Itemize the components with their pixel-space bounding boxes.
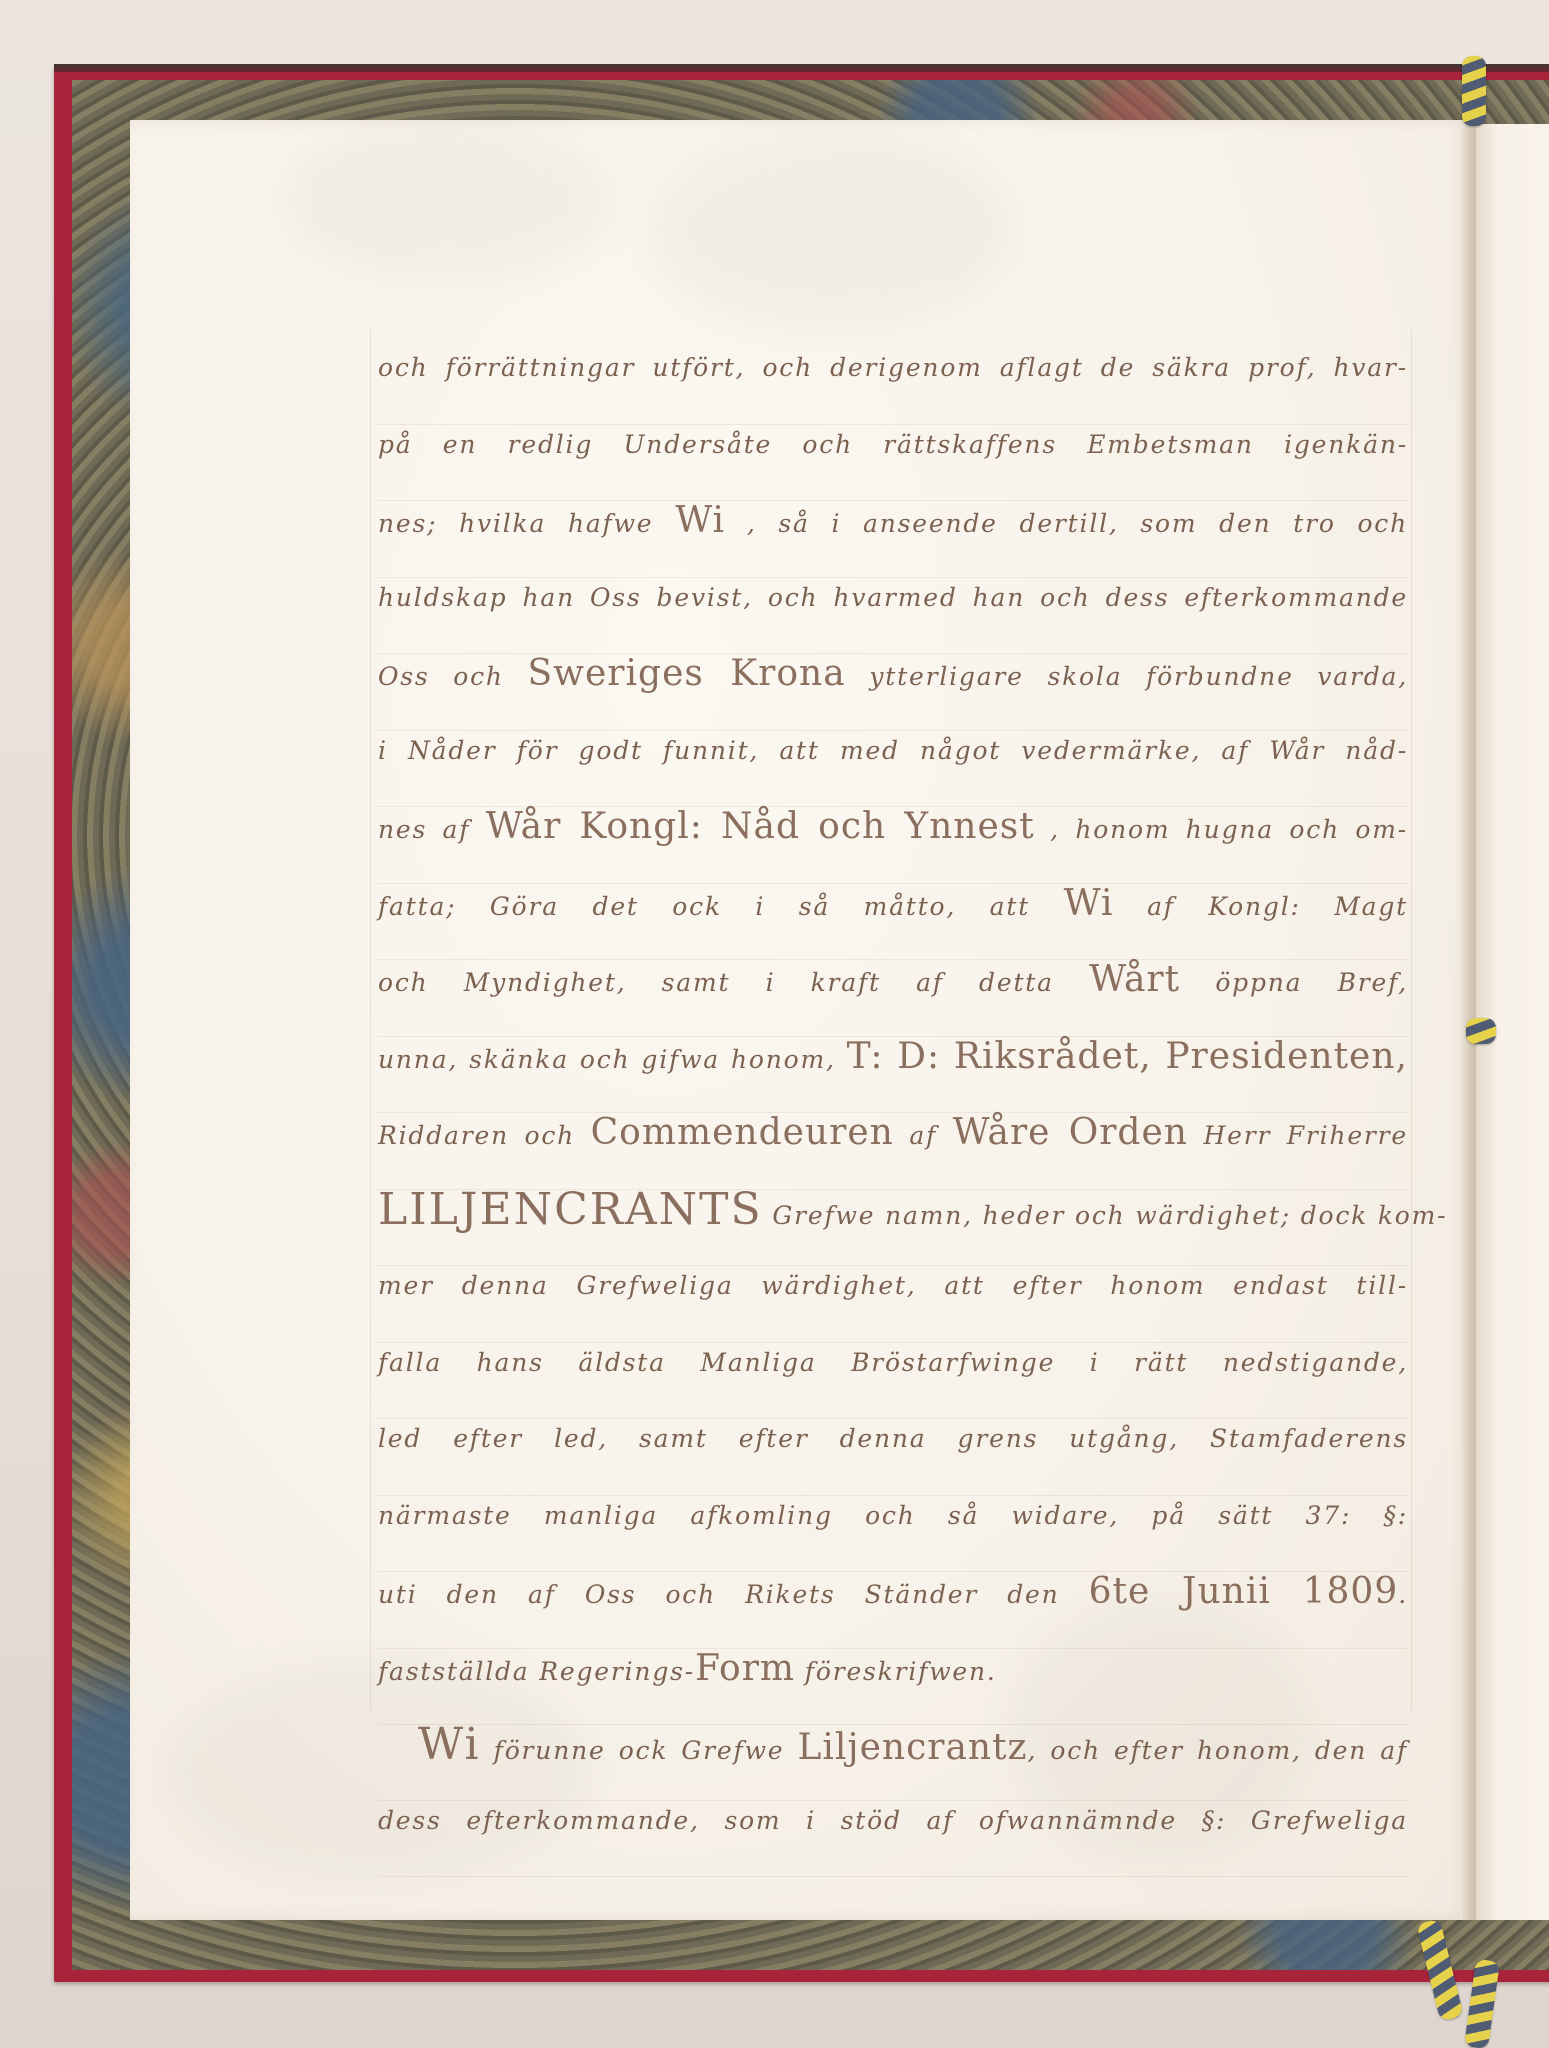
line-text: fastställda Regerings-: [378, 1657, 695, 1686]
line-text: ytterligare skola förbundne varda,: [869, 662, 1408, 691]
text-line-5: Oss och Sweriges Krona ytterligare skola…: [378, 654, 1408, 731]
binding-cord-middle: [1466, 1018, 1496, 1044]
family-name: Liljencrantz: [797, 1727, 1027, 1768]
text-line-15: led efter led, samt efter denna grens ut…: [378, 1419, 1408, 1496]
date-text: 6te Junii 1809: [1089, 1571, 1399, 1612]
line-text: .: [1398, 1580, 1408, 1609]
text-line-20: dess efterkommande, som i stöd af ofwann…: [378, 1801, 1408, 1878]
line-text: dess efterkommande, som i stöd af ofwann…: [378, 1806, 1408, 1835]
text-line-6: i Nåder för godt funnit, att med något v…: [378, 731, 1408, 808]
calligraphic-word: Wår Kongl: Nåd och Ynnest: [486, 806, 1035, 847]
line-text: fatta; Göra det ock i så måtto, att: [378, 892, 1030, 921]
text-line-8: fatta; Göra det ock i så måtto, att Wi a…: [378, 884, 1408, 961]
cover-top-edge: [54, 64, 1549, 72]
line-text: af: [909, 1121, 937, 1150]
line-text: och förrättningar utfört, och derigenom …: [378, 353, 1408, 382]
text-line-14: falla hans äldsta Manliga Bröstarfwinge …: [378, 1343, 1408, 1420]
text-line-18: fastställda Regerings-Form föreskrifwen.: [378, 1649, 1408, 1726]
line-text: mer denna Grefweliga wärdighet, att efte…: [378, 1271, 1408, 1300]
calligraphic-word: Wårt: [1089, 959, 1180, 1000]
line-text: , och efter honom, den af: [1028, 1736, 1408, 1765]
line-text: förunne ock Grefwe: [494, 1736, 785, 1765]
text-line-11: Riddaren och Commendeuren af Wåre Orden …: [378, 1113, 1408, 1190]
line-text: öppna Bref,: [1215, 968, 1408, 997]
line-text: falla hans äldsta Manliga Bröstarfwinge …: [378, 1348, 1408, 1377]
line-text: nes af: [378, 815, 470, 844]
line-text: Oss och: [378, 662, 504, 691]
line-text: närmaste manliga afkomling och så widare…: [378, 1501, 1408, 1530]
calligraphic-word: T: D: Riksrådet, Presidenten,: [847, 1036, 1408, 1077]
text-line-19: Wi förunne ock Grefwe Liljencrantz, och …: [378, 1725, 1408, 1801]
calligraphic-word: Form: [695, 1648, 795, 1689]
text-line-2: på en redlig Undersåte och rättskaffens …: [378, 425, 1408, 502]
line-text: och Myndighet, samt i kraft af detta: [378, 968, 1054, 997]
text-line-13: mer denna Grefweliga wärdighet, att efte…: [378, 1266, 1408, 1343]
line-text: föreskrifwen.: [805, 1657, 997, 1686]
text-line-17: uti den af Oss och Rikets Ständer den 6t…: [378, 1572, 1408, 1649]
line-text: , honom hugna och om-: [1050, 815, 1408, 844]
calligraphic-word: Wåre Orden: [953, 1112, 1188, 1153]
binding-cord-top: [1462, 56, 1486, 126]
text-line-1: och förrättningar utfört, och derigenom …: [378, 348, 1408, 425]
line-text: uti den af Oss och Rikets Ständer den: [378, 1580, 1060, 1609]
line-text: nes; hvilka hafwe: [378, 509, 653, 538]
line-text: Grefwe namn, heder och wärdighet; dock k…: [772, 1201, 1447, 1230]
calligraphic-word: Wi: [1064, 883, 1114, 924]
page-stain: [290, 120, 610, 280]
line-text: på en redlig Undersåte och rättskaffens …: [378, 430, 1408, 459]
text-line-10: unna, skänka och gifwa honom, T: D: Riks…: [378, 1037, 1408, 1114]
line-text: led efter led, samt efter denna grens ut…: [378, 1424, 1408, 1453]
line-text: Herr Friherre: [1204, 1121, 1409, 1150]
line-text: i Nåder för godt funnit, att med något v…: [378, 736, 1408, 765]
line-text: , så i anseende dertill, som den tro och: [747, 509, 1408, 538]
calligraphic-initial: Wi: [418, 1719, 481, 1770]
text-line-9: och Myndighet, samt i kraft af detta Wår…: [378, 960, 1408, 1037]
text-line-3: nes; hvilka hafwe Wi , så i anseende der…: [378, 501, 1408, 578]
line-text: Riddaren och: [378, 1121, 575, 1150]
line-text: unna, skänka och gifwa honom,: [378, 1045, 836, 1074]
calligraphic-word: Commendeuren: [591, 1112, 894, 1153]
manuscript-text: och förrättningar utfört, och derigenom …: [378, 348, 1408, 1877]
text-line-12: LILJENCRANTS Grefwe namn, heder och wärd…: [378, 1190, 1408, 1267]
line-text: af Kongl: Magt: [1147, 892, 1408, 921]
calligraphic-word: Wi: [675, 500, 725, 541]
text-line-7: nes af Wår Kongl: Nåd och Ynnest , honom…: [378, 807, 1408, 884]
family-name-heading: LILJENCRANTS: [378, 1184, 763, 1235]
page-stain: [650, 130, 1010, 330]
text-line-4: huldskap han Oss bevist, och hvarmed han…: [378, 578, 1408, 655]
line-text: huldskap han Oss bevist, och hvarmed han…: [378, 583, 1408, 612]
text-line-16: närmaste manliga afkomling och så widare…: [378, 1496, 1408, 1573]
calligraphic-word: Sweriges Krona: [528, 653, 846, 694]
